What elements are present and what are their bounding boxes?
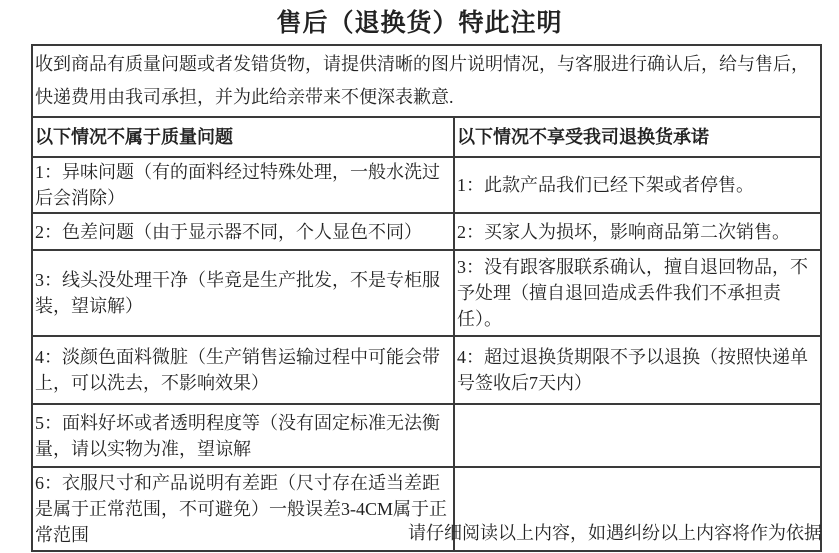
intro-cell: 收到商品有质量问题或者发错货物，请提供清晰的图片说明情况，与客服进行确认后，给与… <box>32 45 821 117</box>
cell-right-1: 1：此款产品我们已经下架或者停售。 <box>454 157 821 213</box>
cell-right-5 <box>454 404 821 467</box>
cell-right-4: 4：超过退换货期限不予以退换（按照快递单号签收后7天内） <box>454 336 821 404</box>
cell-left-3: 3：线头没处理干净（毕竟是生产批发，不是专柜服装，望谅解） <box>32 250 454 336</box>
header-row: 以下情况不属于质量问题 以下情况不享受我司退换货承诺 <box>32 117 821 157</box>
page-title: 售后（退换货）特此注明 <box>0 3 839 39</box>
table-row: 4：淡颜色面料微脏（生产销售运输过程中可能会带上，可以洗去，不影响效果） 4：超… <box>32 336 821 404</box>
cell-left-4: 4：淡颜色面料微脏（生产销售运输过程中可能会带上，可以洗去，不影响效果） <box>32 336 454 404</box>
page: { "title": "售后（退换货）特此注明", "intro": { "li… <box>0 0 839 553</box>
intro-line-2: 快递费用由我司承担，并为此给亲带来不便深表歉意. <box>35 81 817 114</box>
cell-left-5: 5：面料好坏或者透明程度等（没有固定标准无法衡量，请以实物为准，望谅解 <box>32 404 454 467</box>
return-policy-table: 收到商品有质量问题或者发错货物，请提供清晰的图片说明情况，与客服进行确认后，给与… <box>31 44 822 552</box>
column-header-no-return-promise: 以下情况不享受我司退换货承诺 <box>454 117 821 157</box>
cell-right-3: 3：没有跟客服联系确认，擅自退回物品，不予处理（擅自退回造成丢件我们不承担责任）… <box>454 250 821 336</box>
table-row: 5：面料好坏或者透明程度等（没有固定标准无法衡量，请以实物为准，望谅解 <box>32 404 821 467</box>
cell-left-1: 1：异味问题（有的面料经过特殊处理，一般水洗过后会消除） <box>32 157 454 213</box>
table-row: 2：色差问题（由于显示器不同，个人显色不同） 2：买家人为损坏，影响商品第二次销… <box>32 213 821 250</box>
column-header-not-quality-issue: 以下情况不属于质量问题 <box>32 117 454 157</box>
intro-line-1: 收到商品有质量问题或者发错货物，请提供清晰的图片说明情况，与客服进行确认后，给与… <box>35 48 817 81</box>
cell-right-2: 2：买家人为损坏，影响商品第二次销售。 <box>454 213 821 250</box>
cell-left-2: 2：色差问题（由于显示器不同，个人显色不同） <box>32 213 454 250</box>
table-row: 1：异味问题（有的面料经过特殊处理，一般水洗过后会消除） 1：此款产品我们已经下… <box>32 157 821 213</box>
footer-note: 请仔细阅读以上内容，如遇纠纷以上内容将作为依据 <box>408 521 822 545</box>
intro-row: 收到商品有质量问题或者发错货物，请提供清晰的图片说明情况，与客服进行确认后，给与… <box>32 45 821 117</box>
table-row: 3：线头没处理干净（毕竟是生产批发，不是专柜服装，望谅解） 3：没有跟客服联系确… <box>32 250 821 336</box>
cell-left-6: 6：衣服尺寸和产品说明有差距（尺寸存在适当差距是属于正常范围，不可避免）一般误差… <box>32 467 454 551</box>
